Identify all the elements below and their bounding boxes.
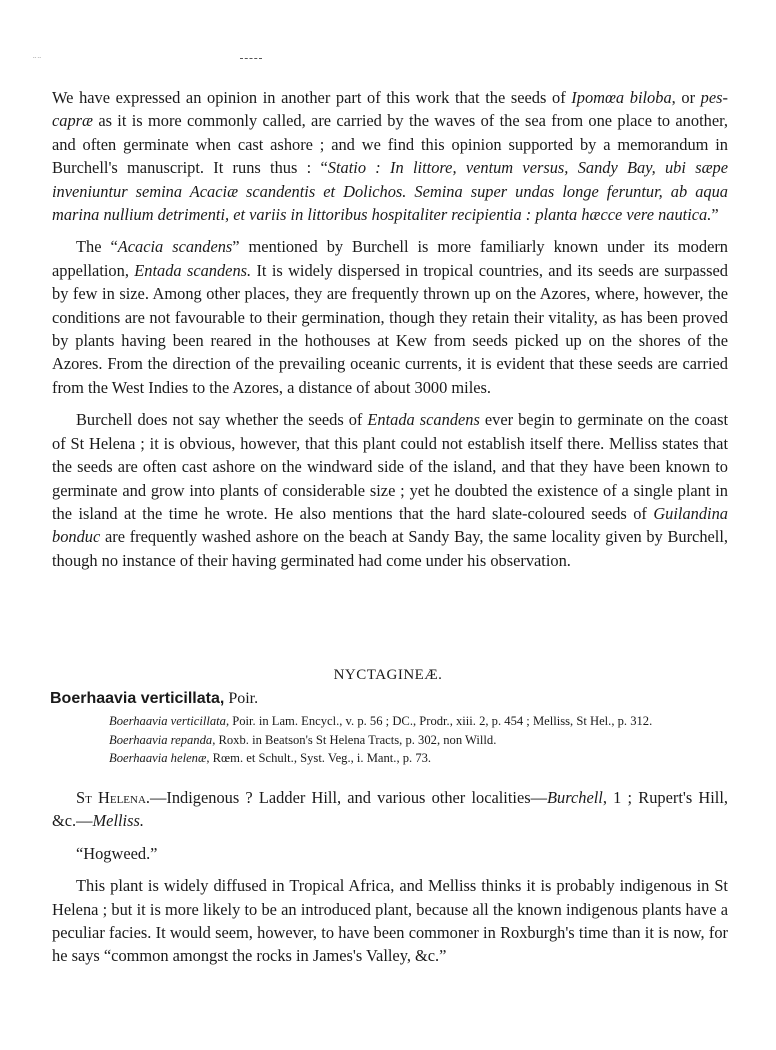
page-number-fragment: ᵕᵕ [33, 56, 42, 62]
paragraph-burchell: Burchell does not say whether the seeds … [52, 408, 728, 572]
species-account: St Helena.—Indigenous ? Ladder Hill, and… [52, 786, 728, 977]
paragraph-entada: The “Acacia scandens” mentioned by Burch… [52, 235, 728, 399]
taxon-name: Ipomœa biloba [571, 88, 671, 107]
synonym-entry: Boerhaavia verticillata, Poir. in Lam. E… [109, 712, 729, 731]
species-heading: Boerhaavia verticillata, Poir. [50, 690, 258, 708]
taxon-name: Acacia scandens [118, 237, 233, 256]
page-header: ᵕᵕ [0, 54, 776, 66]
taxon-name: Entada scandens [367, 410, 479, 429]
collector: Melliss. [93, 811, 144, 830]
synonymy-list: Boerhaavia verticillata, Poir. in Lam. E… [109, 712, 729, 768]
locality-paragraph: St Helena.—Indigenous ? Ladder Hill, and… [52, 786, 728, 833]
body-text: We have expressed an opinion in another … [52, 86, 728, 581]
species-author: Poir. [224, 690, 258, 707]
paragraph-ipomoea: We have expressed an opinion in another … [52, 86, 728, 226]
paragraph-distribution: This plant is widely diffused in Tropica… [52, 874, 728, 968]
family-heading: NYCTAGINEÆ. [0, 667, 776, 684]
taxon-name: Entada scandens. [134, 261, 251, 280]
synonym-entry: Boerhaavia helenæ, Rœm. et Schult., Syst… [109, 749, 729, 768]
locality-place: St Helena. [76, 788, 150, 807]
collector: Burchell [547, 788, 603, 807]
running-head-fragment [240, 58, 262, 60]
common-name: “Hogweed.” [52, 842, 728, 865]
species-name: Boerhaavia verticillata, [50, 690, 224, 707]
book-page: ᵕᵕ We have expressed an opinion in anoth… [0, 0, 776, 1050]
synonym-entry: Boerhaavia repanda, Roxb. in Beatson's S… [109, 731, 729, 750]
